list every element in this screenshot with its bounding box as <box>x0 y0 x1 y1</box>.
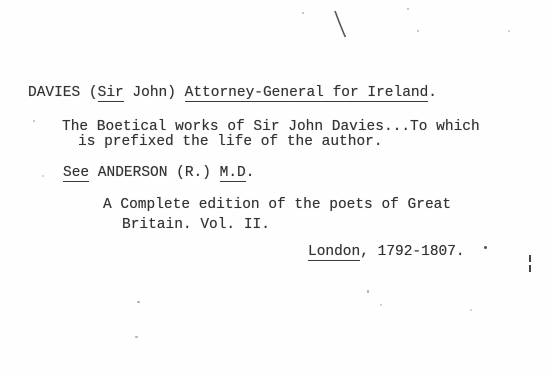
scan-speck <box>42 175 44 177</box>
heading-line: DAVIES (Sir John) Attorney-General for I… <box>28 85 437 102</box>
scan-speck <box>508 30 510 32</box>
see-middle: ANDERSON (R.) <box>89 165 220 181</box>
scan-speck <box>135 336 138 338</box>
body-line-2: is prefixed the life of the author. <box>78 134 383 151</box>
scan-speck <box>302 12 304 14</box>
scan-speck <box>380 304 382 306</box>
see-suffix: . <box>246 165 255 181</box>
see-underlined-degree: M.D <box>220 165 246 182</box>
heading-suffix: . <box>428 85 437 101</box>
heading-prefix: DAVIES ( <box>28 85 98 101</box>
scan-dash-mark <box>529 265 531 272</box>
heading-underlined-name: Sir <box>98 85 124 102</box>
imprint-suffix: , 1792-1807. <box>360 244 464 260</box>
imprint-line: London, 1792-1807. <box>308 244 465 261</box>
scan-speck <box>484 246 487 249</box>
scan-speck <box>417 30 419 32</box>
scan-speck <box>137 301 140 303</box>
heading-middle: John) <box>124 85 185 101</box>
scan-speck <box>470 309 472 311</box>
note-line-2: Britain. Vol. II. <box>122 217 270 234</box>
catalog-card: DAVIES (Sir John) Attorney-General for I… <box>0 0 550 374</box>
scan-speck <box>367 290 369 293</box>
see-word: See <box>63 165 89 182</box>
note-line-1: A Complete edition of the poets of Great <box>103 197 451 214</box>
imprint-underlined-place: London <box>308 244 360 261</box>
see-reference-line: See ANDERSON (R.) M.D. <box>63 165 254 182</box>
scan-speck <box>33 120 35 122</box>
heading-underlined-title: Attorney-General for Ireland <box>185 85 429 102</box>
scan-speck <box>407 8 409 10</box>
scan-dash-mark <box>529 255 531 262</box>
pen-stroke-mark <box>330 8 352 42</box>
